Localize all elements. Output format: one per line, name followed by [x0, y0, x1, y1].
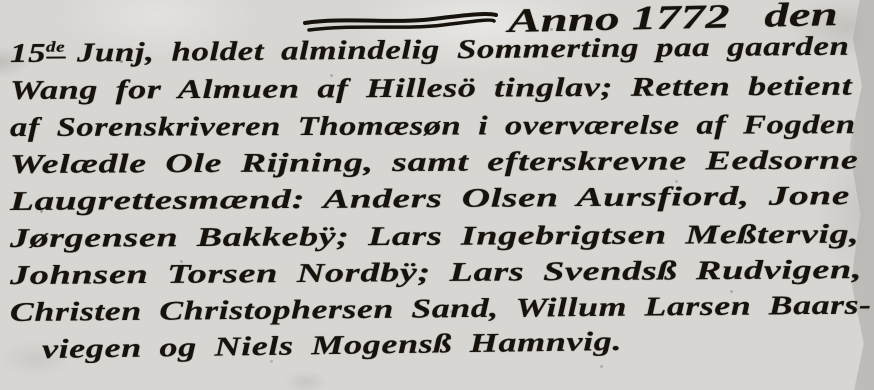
manuscript-line-9: viegen og Niels Mogensß Hamnvig.: [42, 323, 623, 368]
manuscript-line-6: Jørgensen Bakkebÿ; Lars Ingebrigtsen Meß…: [10, 216, 860, 257]
line-text: Junj, holdet almindelig Sommerting paa g…: [77, 31, 850, 68]
manuscript-line-8: Christen Christophersen Sand, Willum Lar…: [10, 286, 872, 331]
manuscript-line-3: af Sorenskriveren Thomæsøn i overværelse…: [10, 106, 856, 146]
manuscript-line-5: Laugrettesmænd: Anders Olsen Aursfiord, …: [10, 177, 850, 220]
manuscript-line-4: Welædle Ole Rijning, samt efterskrevne E…: [10, 142, 859, 183]
entry-body: 15deJunj, holdet almindelig Sommerting p…: [10, 30, 670, 368]
date-day: 15: [10, 38, 46, 68]
manuscript-line-1: 15deJunj, holdet almindelig Sommerting p…: [10, 23, 850, 72]
manuscript-page: Anno 1772den 15deJunj, holdet almindelig…: [0, 0, 874, 390]
manuscript-line-2: Wang for Almuen af Hillesö tinglav; Rett…: [10, 68, 853, 109]
date-day-suffix: de: [46, 40, 65, 59]
